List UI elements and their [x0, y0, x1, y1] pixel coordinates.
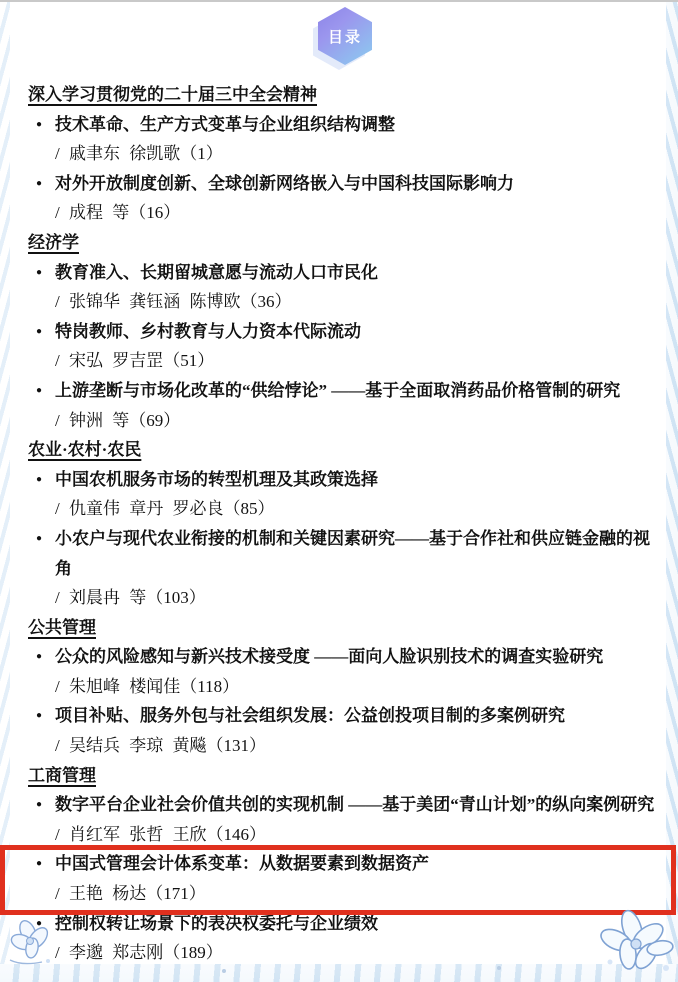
- article-title: 控制权转让场景下的表决权委托与企业绩效: [55, 909, 655, 939]
- article-title: 中国式管理会计体系变革：从数据要素到数据资产: [55, 849, 655, 879]
- section-header: 深入学习贯彻党的二十届三中全会精神: [28, 80, 655, 110]
- article-title: 特岗教师、乡村教育与人力资本代际流动: [55, 317, 655, 347]
- toc-section: 深入学习贯彻党的二十届三中全会精神 ● 技术革命、生产方式变革与企业组织结构调整…: [28, 80, 655, 228]
- toc-entry: ● 项目补贴、服务外包与社会组织发展：公益创投项目制的多案例研究 / 吴结兵 李…: [28, 701, 655, 760]
- article-byline: / 成程 等（16）: [55, 198, 655, 228]
- toc-entry: ● 特岗教师、乡村教育与人力资本代际流动 / 宋弘 罗吉罡（51）: [28, 317, 655, 376]
- article-title: 项目补贴、服务外包与社会组织发展：公益创投项目制的多案例研究: [55, 701, 655, 731]
- bullet-icon: ●: [36, 701, 42, 731]
- bullet-icon: ●: [36, 524, 42, 554]
- bullet-icon: ●: [36, 258, 42, 288]
- article-title: 数字平台企业社会价值共创的实现机制 ——基于美团“青山计划”的纵向案例研究: [55, 790, 655, 820]
- toc-entry: ● 数字平台企业社会价值共创的实现机制 ——基于美团“青山计划”的纵向案例研究 …: [28, 790, 655, 849]
- bullet-icon: ●: [36, 110, 42, 140]
- decor-strip-right: [666, 2, 678, 982]
- section-header: 工商管理: [28, 761, 655, 791]
- flower-ornament-left: [2, 914, 64, 970]
- page-top-rule: [0, 0, 678, 2]
- bullet-icon: ●: [36, 790, 42, 820]
- toc-section: 经济学 ● 教育准入、长期留城意愿与流动人口市民化 / 张锦华 龚钰涵 陈博欧（…: [28, 228, 655, 435]
- toc-badge-label: 目录: [318, 7, 372, 65]
- bullet-icon: ●: [36, 642, 42, 672]
- article-title: 公众的风险感知与新兴技术接受度 ——面向人脸识别技术的调查实验研究: [55, 642, 655, 672]
- toc-section: 公共管理 ● 公众的风险感知与新兴技术接受度 ——面向人脸识别技术的调查实验研究…: [28, 613, 655, 761]
- toc-badge: 目录: [318, 7, 372, 65]
- article-byline: / 朱旭峰 楼闻佳（118）: [55, 672, 655, 702]
- article-byline: / 王艳 杨达（171）: [55, 879, 655, 909]
- article-title: 教育准入、长期留城意愿与流动人口市民化: [55, 258, 655, 288]
- decor-dot: [222, 969, 226, 973]
- article-title: 技术革命、生产方式变革与企业组织结构调整: [55, 110, 655, 140]
- article-title: 上游垄断与市场化改革的“供给悖论” ——基于全面取消药品价格管制的研究: [55, 376, 655, 406]
- article-byline: / 钟洲 等（69）: [55, 406, 655, 436]
- article-byline: / 戚聿东 徐凯歌（1）: [55, 139, 655, 169]
- article-title: 小农户与现代农业衔接的机制和关键因素研究——基于合作社和供应链金融的视角: [55, 524, 655, 583]
- section-header: 公共管理: [28, 613, 655, 643]
- section-header: 经济学: [28, 228, 655, 258]
- article-byline: / 吴结兵 李琼 黄飚（131）: [55, 731, 655, 761]
- toc-entry: ● 教育准入、长期留城意愿与流动人口市民化 / 张锦华 龚钰涵 陈博欧（36）: [28, 258, 655, 317]
- article-byline: / 李邈 郑志刚（189）: [55, 938, 655, 968]
- decor-strip-left: [0, 2, 10, 982]
- toc-entry: ● 控制权转让场景下的表决权委托与企业绩效 / 李邈 郑志刚（189）: [28, 909, 655, 968]
- bullet-icon: ●: [36, 169, 42, 199]
- toc-content: 深入学习贯彻党的二十届三中全会精神 ● 技术革命、生产方式变革与企业组织结构调整…: [28, 80, 655, 968]
- article-byline: / 刘晨冉 等（103）: [55, 583, 655, 613]
- toc-entry: ● 中国农机服务市场的转型机理及其政策选择 / 仇童伟 章丹 罗必良（85）: [28, 465, 655, 524]
- toc-entry-highlighted: ● 中国式管理会计体系变革：从数据要素到数据资产 / 王艳 杨达（171）: [28, 849, 655, 908]
- toc-section: 工商管理 ● 数字平台企业社会价值共创的实现机制 ——基于美团“青山计划”的纵向…: [28, 761, 655, 968]
- toc-entry: ● 上游垄断与市场化改革的“供给悖论” ——基于全面取消药品价格管制的研究 / …: [28, 376, 655, 435]
- article-title: 中国农机服务市场的转型机理及其政策选择: [55, 465, 655, 495]
- flower-ornament-right: [586, 890, 678, 982]
- article-byline: / 仇童伟 章丹 罗必良（85）: [55, 494, 655, 524]
- toc-entry: ● 小农户与现代农业衔接的机制和关键因素研究——基于合作社和供应链金融的视角 /…: [28, 524, 655, 613]
- toc-section: 农业·农村·农民 ● 中国农机服务市场的转型机理及其政策选择 / 仇童伟 章丹 …: [28, 435, 655, 613]
- toc-entry: ● 对外开放制度创新、全球创新网络嵌入与中国科技国际影响力 / 成程 等（16）: [28, 169, 655, 228]
- bullet-icon: ●: [36, 465, 42, 495]
- bullet-icon: ●: [36, 849, 42, 879]
- article-byline: / 张锦华 龚钰涵 陈博欧（36）: [55, 287, 655, 317]
- article-title: 对外开放制度创新、全球创新网络嵌入与中国科技国际影响力: [55, 169, 655, 199]
- article-byline: / 宋弘 罗吉罡（51）: [55, 346, 655, 376]
- toc-entry: ● 技术革命、生产方式变革与企业组织结构调整 / 戚聿东 徐凯歌（1）: [28, 110, 655, 169]
- article-byline: / 肖红军 张哲 王欣（146）: [55, 820, 655, 850]
- toc-page: { "page": { "badge_label": "目录" }, "icon…: [0, 0, 678, 982]
- bullet-icon: ●: [36, 376, 42, 406]
- bullet-icon: ●: [36, 317, 42, 347]
- section-header: 农业·农村·农民: [28, 435, 655, 465]
- toc-entry: ● 公众的风险感知与新兴技术接受度 ——面向人脸识别技术的调查实验研究 / 朱旭…: [28, 642, 655, 701]
